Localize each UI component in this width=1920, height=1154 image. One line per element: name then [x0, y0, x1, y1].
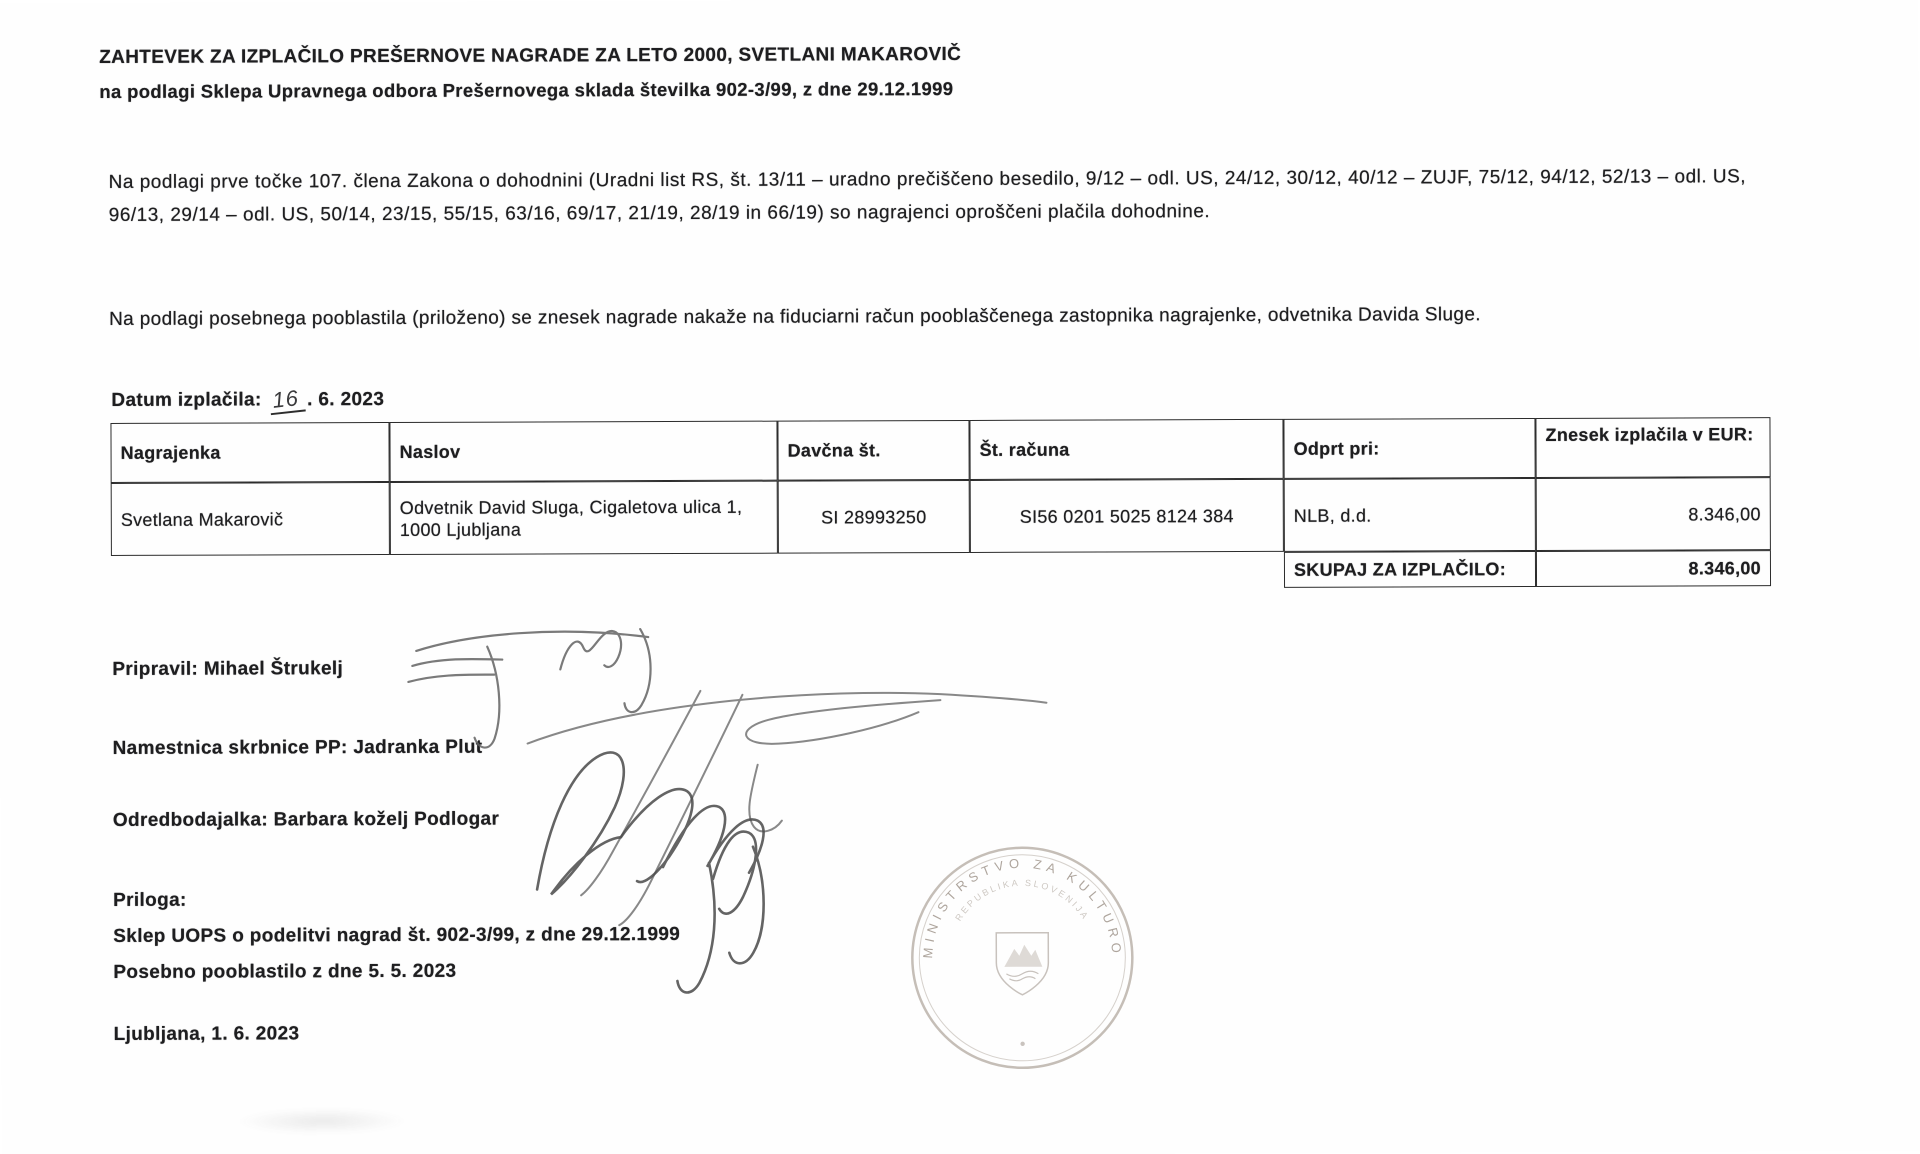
table-cell-racun: SI56 0201 5025 8124 384 [970, 479, 1284, 553]
footer-place-date: Ljubljana, 1. 6. 2023 [114, 1022, 300, 1047]
signature-stroke [663, 806, 764, 873]
signatory-authorizer: Odredbodajalka: Barbara koželj Podlogar [113, 808, 499, 833]
svg-text:REPUBLIKA SLOVENIJA: REPUBLIKA SLOVENIJA [953, 877, 1091, 922]
wavy-line [1006, 971, 1038, 976]
stamp-inner-ring [919, 854, 1126, 1061]
stamp-bottom-mark [1020, 1042, 1024, 1046]
signature-stroke [618, 695, 743, 925]
stamp-republic-text: REPUBLIKA SLOVENIJA [953, 877, 1091, 922]
table-cell-davcna: SI 28993250 [778, 480, 970, 554]
signature-jadranka-plut [527, 690, 1047, 926]
payment-date-handwritten-day: 16 [268, 386, 306, 416]
attachment-item-2: Posebno pooblastilo z dne 5. 5. 2023 [113, 960, 456, 985]
attachments-label: Priloga: [113, 889, 187, 913]
triglav-mountain [1004, 945, 1042, 967]
signature-stroke [677, 863, 715, 993]
signature-stroke [713, 832, 756, 914]
table-header-znesek: Znesek izplačila v EUR: [1535, 417, 1770, 478]
document-title: ZAHTEVEK ZA IZPLAČILO PREŠERNOVE NAGRADE… [99, 43, 961, 70]
signature-stroke [729, 847, 764, 964]
signature-stroke [527, 692, 1046, 743]
signature-stroke [408, 675, 494, 682]
signature-stroke [746, 700, 941, 744]
signature-stroke [580, 691, 701, 895]
document-subtitle: na podlagi Sklepa Upravnega odbora Preše… [99, 77, 953, 104]
signature-stroke [416, 631, 648, 651]
payment-date-rest: . 6. 2023 [307, 388, 384, 412]
signature-mihael-strukelj [408, 629, 651, 748]
table-total-label: SKUPAJ ZA IZPLAČILO: [1284, 551, 1536, 588]
table-cell-znesek: 8.346,00 [1536, 477, 1771, 551]
scan-smudge [237, 1108, 407, 1135]
table-total-value: 8.346,00 [1536, 550, 1771, 587]
award-table: Nagrajenka Naslov Davčna št. Št. računa … [110, 417, 1771, 593]
payment-date-line: Datum izplačila: 16 . 6. 2023 [111, 386, 384, 413]
signatory-deputy: Namestnica skrbnice PP: Jadranka Plut [113, 736, 483, 761]
shield-outline [996, 933, 1048, 995]
signature-barbara-kozelj-podlogar [537, 752, 765, 993]
table-header-odprt: Odprt pri: [1283, 418, 1535, 479]
signature-stroke [621, 789, 693, 882]
table-header-davcna: Davčna št. [777, 420, 969, 481]
paragraph-tax-exemption: Na podlagi prve točke 107. člena Zakona … [109, 160, 1749, 232]
table-header-nagrajenka: Nagrajenka [110, 422, 389, 483]
signature-stroke [537, 752, 625, 894]
wavy-line [1009, 977, 1035, 981]
table-header-racun: Št. računa [969, 419, 1283, 480]
svg-text:MINISTRSTVO ZA KULTURO: MINISTRSTVO ZA KULTURO [920, 855, 1125, 959]
stamp-outer-ring [912, 847, 1133, 1068]
signatory-prepared-by: Pripravil: Mihael Štrukelj [112, 657, 343, 682]
table-cell-odprt: NLB, d.d. [1284, 478, 1536, 552]
signature-stroke [474, 647, 499, 748]
table-header-naslov: Naslov [389, 421, 777, 482]
signature-stroke [560, 631, 621, 669]
table-cell-nagrajenka: Svetlana Makarovič [111, 482, 390, 556]
signature-stroke [412, 659, 502, 666]
paragraph-fiduciary: Na podlagi posebnega pooblastila (prilož… [109, 303, 1481, 332]
stamp-ministry-text: MINISTRSTVO ZA KULTURO [920, 855, 1125, 959]
scanned-document-page: ZAHTEVEK ZA IZPLAČILO PREŠERNOVE NAGRADE… [0, 0, 1920, 1154]
attachment-item-1: Sklep UOPS o podelitvi nagrad št. 902-3/… [113, 923, 680, 949]
table-cell-naslov: Odvetnik David Sluga, Cigaletova ulica 1… [390, 481, 778, 555]
ministry-stamp: MINISTRSTVO ZA KULTURO REPUBLIKA SLOVENI… [912, 847, 1133, 1068]
signature-stroke [624, 629, 651, 712]
payment-date-label: Datum izplačila: [111, 388, 261, 413]
stamp-coat-of-arms [996, 933, 1048, 995]
signature-stroke [749, 765, 782, 832]
